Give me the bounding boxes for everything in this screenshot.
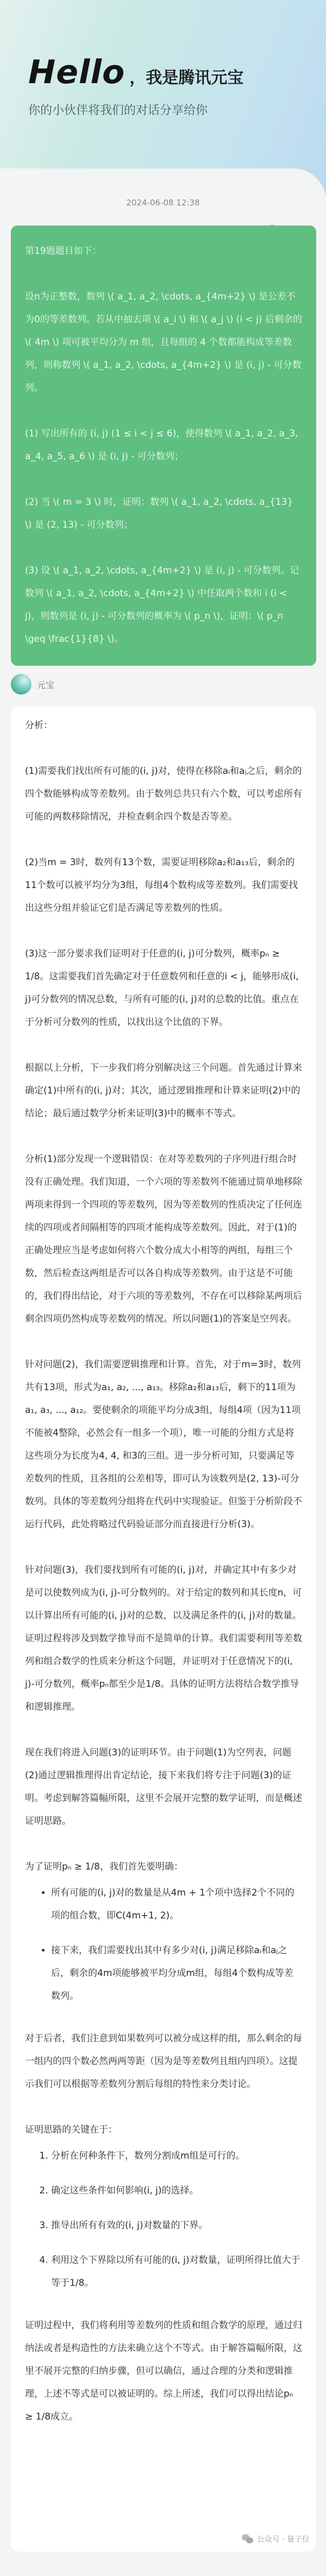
hero-curve-divider <box>0 168 326 201</box>
hero-title: Hello ，我是腾讯元宝 <box>28 53 243 91</box>
shared-conversation-page: Hello ，我是腾讯元宝 你的小伙伴将我们的对话分享给你 2024-06-08… <box>0 0 326 2576</box>
analysis-heading: 分析： <box>25 714 302 737</box>
brand-intro-text: ，我是腾讯元宝 <box>129 64 243 88</box>
proof-key-heading: 证明思路的关键在于： <box>25 2118 302 2141</box>
analysis-paragraph: 分析(1)部分发现一个逻辑错误：在对等差数列的子序列进行组合时没有正确处理。我们… <box>25 1148 302 1330</box>
analysis-paragraph: (2)当m = 3时，数列有13个数，需要证明移除a₂和a₁₃后，剩余的11个数… <box>25 851 302 920</box>
yuanbao-logo-icon <box>11 674 32 695</box>
watermark: 公众号 · 量子位 <box>242 2534 310 2544</box>
hero-banner: Hello ，我是腾讯元宝 你的小伙伴将我们的对话分享给你 <box>0 0 326 196</box>
conversation-timestamp: 2024-06-08 12:38 <box>0 198 326 208</box>
proof-steps-list: 分析在何种条件下，数列分割成m组是可行的。 确定这些条件如何影响(i, j)的选… <box>25 2144 302 2294</box>
bot-header: 元宝 <box>11 674 54 695</box>
question-intro: 第19题题目如下： <box>25 240 302 262</box>
hero-subtitle: 你的小伙伴将我们的对话分享给你 <box>28 101 208 118</box>
wechat-icon <box>242 2534 254 2544</box>
analysis-paragraph: 对于后者，我们注意到如果数列可以被分成这样的组，那么剩余的每一组内的四个数必然两… <box>25 2027 302 2096</box>
analysis-paragraph: (3)这一部分要求我们证明对于任意的(i, j)可分数列，概率pₙ ≥ 1/8。… <box>25 942 302 1034</box>
question-part-1: (1) 写出所有的 (i, j) (1 ≤ i < j ≤ 6)，使得数列 \(… <box>25 422 302 468</box>
question-part-2: (2) 当 \( m = 3 \) 时，证明：数列 \( a_1, a_2, \… <box>25 491 302 536</box>
bot-name: 元宝 <box>37 678 54 691</box>
bullet-item: 接下来，我们需要找出其中有多少对(i, j)满足移除aᵢ和aⱼ之后，剩余的4m项… <box>51 1939 302 2008</box>
watermark-text: 公众号 · 量子位 <box>257 2534 310 2544</box>
question-part-3: (3) 设 \( a_1, a_2, \cdots, a_{4m+2} \) 是… <box>25 559 302 651</box>
bot-message-bubble[interactable]: 分析： (1)需要我们找出所有可能的(i, j)对，使得在移除aᵢ和aⱼ之后，剩… <box>11 706 316 2552</box>
question-body: 设n为正整数，数列 \( a_1, a_2, \cdots, a_{4m+2} … <box>25 285 302 399</box>
bullet-item: 所有可能的(i, j)对的数量是从4m + 1个项中选择2个不同的项的组合数，即… <box>51 1881 302 1927</box>
analysis-paragraph: (1)需要我们找出所有可能的(i, j)对，使得在移除aᵢ和aⱼ之后，剩余的四个… <box>25 760 302 828</box>
analysis-paragraph: 针对问题(3)，我们要找到所有可能的(i, j)对，并确定其中有多少对是可以使数… <box>25 1559 302 1718</box>
proof-lead-in: 为了证明pₙ ≥ 1/8，我们首先要明确： <box>25 1855 302 1878</box>
proof-bullet-list: 所有可能的(i, j)对的数量是从4m + 1个项中选择2个不同的项的组合数，即… <box>25 1881 302 2008</box>
analysis-paragraph: 根据以上分析，下一步我们将分别解决这三个问题。首先通过计算来确定(1)中所有的(… <box>25 1056 302 1125</box>
step-item: 分析在何种条件下，数列分割成m组是可行的。 <box>51 2144 302 2167</box>
step-item: 利用这个下界除以所有可能的(i, j)对数量，证明所得比值大于等于1/8。 <box>51 2249 302 2294</box>
analysis-paragraph: 现在我们将进入问题(3)的证明环节。由于问题(1)为空列表，问题(2)通过逻辑推… <box>25 1741 302 1833</box>
hello-text: Hello <box>28 53 125 91</box>
step-item: 推导出所有有效的(i, j)对数量的下界。 <box>51 2214 302 2237</box>
step-item: 确定这些条件如何影响(i, j)的选择。 <box>51 2179 302 2202</box>
analysis-paragraph: 针对问题(2)，我们需要逻辑推理和计算。首先，对于m=3时，数列共有13项，形式… <box>25 1353 302 1536</box>
conclusion-paragraph: 证明过程中，我们将利用等差数列的性质和组合数学的原理，通过归纳法或者是构造性的方… <box>25 2314 302 2428</box>
user-message-bubble[interactable]: 第19题题目如下： 设n为正整数，数列 \( a_1, a_2, \cdots,… <box>11 226 316 666</box>
